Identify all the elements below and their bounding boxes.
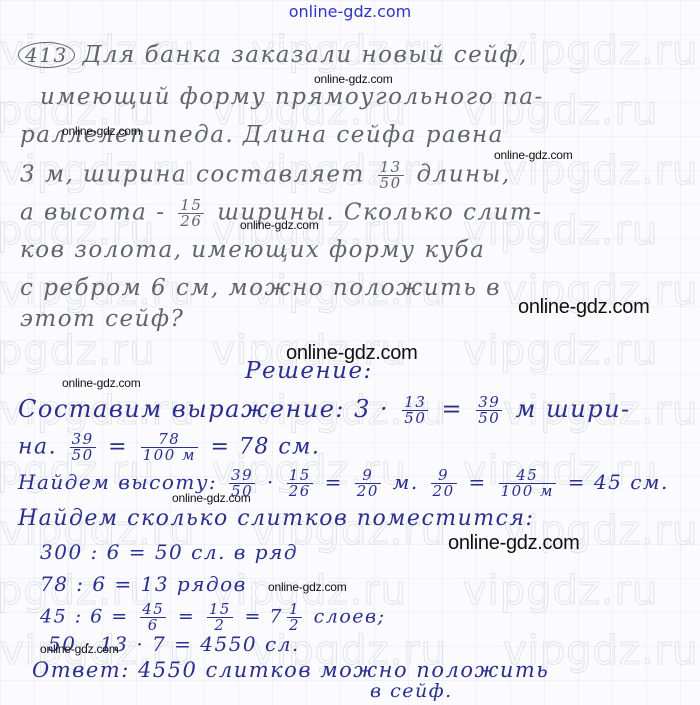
overlay-watermark-small: online-gdz.com: [314, 72, 393, 86]
overlay-watermark-small: online-gdz.com: [494, 148, 573, 162]
handwritten-line: этот сейф?: [20, 306, 184, 332]
handwritten-line: с ребром 6 см, можно положить в: [20, 275, 501, 301]
handwritten-line: в сейф.: [370, 680, 453, 702]
fraction: 456: [140, 602, 166, 633]
handwritten-line: 45 : 6 = 456 = 152 = 712 слоев;: [40, 602, 386, 633]
handwritten-line: Найдем сколько слитков поместится:: [18, 506, 534, 531]
fraction: 1350: [378, 160, 404, 191]
handwritten-line: 78 : 6 = 13 рядов: [40, 572, 247, 596]
fraction: 1526: [178, 198, 204, 229]
fraction: 12: [287, 602, 302, 633]
handwritten-line: 3 м, ширина составляет 1350 длины,: [20, 160, 511, 191]
overlay-watermark-big: online-gdz.com: [286, 342, 417, 365]
overlay-watermark-small: online-gdz.com: [268, 580, 347, 594]
handwritten-line: Ответ: 4550 слитков можно положить: [32, 658, 549, 682]
handwritten-line: имеющий форму прямоугольного па-: [40, 84, 544, 110]
handwritten-line: ков золота, имеющих форму куба: [20, 237, 485, 263]
handwritten-line: 413Для банка заказали новый сейф,: [18, 42, 528, 68]
handwritten-line: Составим выражение: 3 · 1350 = 3950 м ши…: [18, 395, 631, 426]
handwritten-line: Найдем высоту: 3950 · 1526 = 920 м. 920 …: [18, 468, 669, 499]
fraction: 1526: [287, 468, 313, 499]
handwritten-line: 300 : 6 = 50 сл. в ряд: [40, 540, 298, 564]
fraction: 3950: [476, 395, 502, 426]
overlay-watermark-small: online-gdz.com: [40, 642, 119, 656]
overlay-watermark-small: online-gdz.com: [240, 218, 319, 232]
fraction: 1350: [402, 395, 428, 426]
overlay-watermark-small: online-gdz.com: [62, 124, 141, 138]
fraction: 45100 м: [499, 468, 556, 499]
problem-number: 413: [18, 42, 75, 68]
top-watermark: online-gdz.com: [0, 2, 700, 21]
fraction: 920: [355, 468, 381, 499]
fraction: 920: [431, 468, 457, 499]
overlay-watermark-big: online-gdz.com: [518, 296, 649, 319]
fraction: 3950: [70, 432, 96, 463]
overlay-watermark-big: online-gdz.com: [448, 532, 579, 555]
overlay-watermark-small: online-gdz.com: [62, 376, 141, 390]
fraction: 152: [207, 602, 233, 633]
handwritten-line: на. 3950 = 78100 м = 78 см.: [18, 432, 320, 463]
fraction: 78100 м: [141, 432, 198, 463]
overlay-watermark-small: online-gdz.com: [172, 491, 251, 505]
